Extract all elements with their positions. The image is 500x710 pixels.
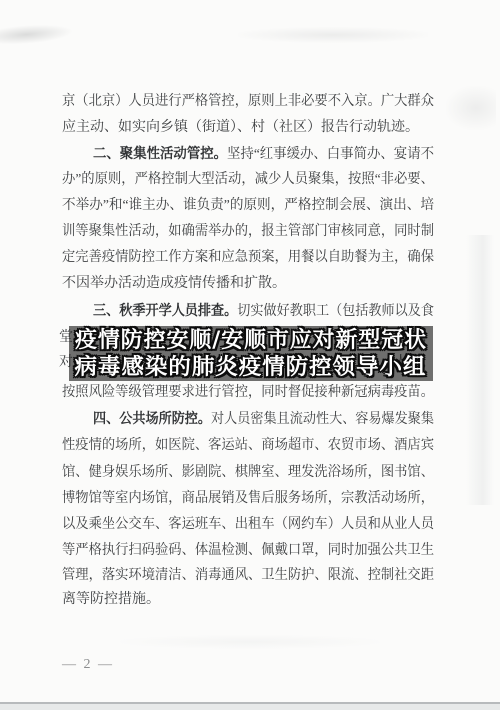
text-line: 四、公共场所防控。对人员密集且流动性大、容易爆发聚集 [62, 410, 434, 428]
section-heading: 三、秋季开学人员排查。 [93, 302, 237, 318]
body-text: 坚持“红事缓办、白事简办、宴请不 [227, 147, 434, 162]
scan-artifact [0, 22, 73, 45]
text-line: 应主动、如实向乡镇（街道）、村（社区）报告行动轨迹。 [62, 119, 434, 137]
watermark-text-line-1: 疫情防控安顺/安顺市应对新型冠状 [75, 327, 427, 354]
text-line: 三、秋季开学人员排查。切实做好教职工（包括教师以及食 [62, 302, 434, 320]
scan-artifact [466, 235, 494, 505]
text-line: 不因举办活动造成疫情传播和扩散。 [62, 275, 434, 293]
text-line: 二、聚集性活动管控。坚持“红事缓办、白事简办、宴请不 [62, 145, 434, 163]
text-line: 馆、健身娱乐场所、影剧院、棋牌室、理发洗浴场所，图书馆、 [62, 464, 434, 482]
body-text: 馆、健身娱乐场所、影剧院、棋牌室、理发洗浴场所，图书馆、 [62, 465, 434, 480]
body-text: 按照风险等级管理要求进行管控，同时督促接种新冠病毒疫苗。 [62, 385, 434, 400]
body-text: 博物馆等室内场馆，商品展销及售后服务场所，宗教活动场所， [62, 491, 434, 506]
body-text: 不因举办活动造成疫情传播和扩散。 [62, 276, 286, 291]
body-text: 切实做好教职工（包括教师以及食 [237, 304, 434, 319]
scan-artifact [238, 27, 428, 43]
body-text: 以及乘坐公交车、客运班车、出租车（网约车）人员和从业人员 [62, 517, 434, 532]
body-text: 应主动、如实向乡镇（街道）、村（社区）报告行动轨迹。 [62, 120, 419, 135]
body-text: 管理，落实环境清洁、消毒通风、卫生防护、限流、控制社交距 [62, 568, 434, 583]
body-text: 京（北京）人员进行严格管控，原则上非必要不入京。广大群众 [62, 94, 434, 109]
text-line: 定完善疫情防控工作方案和应急预案，用餐以自助餐为主，确保 [62, 249, 434, 267]
scan-artifact [446, 86, 496, 130]
watermark-text-line-2: 病毒感染的肺炎疫情防控领导小组 [75, 354, 427, 381]
scan-artifact [120, 635, 380, 649]
text-line: 博物馆等室内场馆，商品展销及售后服务场所，宗教活动场所， [62, 490, 434, 508]
body-text: 离等防控措施。 [62, 592, 160, 607]
scan-bottom-edge [0, 702, 500, 710]
body-text: 定完善疫情防控工作方案和应急预案，用餐以自助餐为主，确保 [62, 250, 434, 265]
text-line: 等严格执行扫码验码、体温检测、佩戴口罩，同时加强公共卫生 [62, 542, 434, 560]
watermark-banner: 疫情防控安顺/安顺市应对新型冠状 病毒感染的肺炎疫情防控领导小组 [69, 326, 433, 381]
text-line: 按照风险等级管理要求进行管控，同时督促接种新冠病毒疫苗。 [62, 384, 434, 402]
body-text: 训等聚集性活动，如确需举办的，报主管部门审核同意，同时制 [62, 224, 434, 239]
text-line: 性疫情的场所，如医院、客运站、商场超市、农贸市场、酒店宾 [62, 437, 434, 455]
text-line: 训等聚集性活动，如确需举办的，报主管部门审核同意，同时制 [62, 223, 434, 241]
text-line: 离等防控措施。 [62, 591, 434, 609]
section-heading: 四、公共场所防控。 [93, 410, 211, 426]
text-line: 不举办”和“谁主办、谁负责”的原则，严格控制会展、演出、培 [62, 197, 434, 215]
text-line: 京（北京）人员进行严格管控，原则上非必要不入京。广大群众 [62, 93, 434, 111]
body-text: 办”的原则，严格控制大型活动，减少人员聚集，按照“非必要、 [62, 172, 434, 187]
text-line: 管理，落实环境清洁、消毒通风、卫生防护、限流、控制社交距 [62, 567, 434, 585]
section-heading: 二、聚集性活动管控。 [93, 145, 227, 161]
body-text: 对人员密集且流动性大、容易爆发聚集 [211, 412, 434, 427]
scanned-document-page: 京（北京）人员进行严格管控，原则上非必要不入京。广大群众应主动、如实向乡镇（街道… [0, 0, 500, 710]
body-text: 等严格执行扫码验码、体温检测、佩戴口罩，同时加强公共卫生 [62, 543, 434, 558]
text-line: 办”的原则，严格控制大型活动，减少人员聚集，按照“非必要、 [62, 171, 434, 189]
body-text: 性疫情的场所，如医院、客运站、商场超市、农贸市场、酒店宾 [62, 438, 434, 453]
body-text: 不举办”和“谁主办、谁负责”的原则，严格控制会展、演出、培 [62, 198, 434, 213]
page-number: — 2 — [62, 657, 114, 673]
text-line: 以及乘坐公交车、客运班车、出租车（网约车）人员和从业人员 [62, 516, 434, 534]
